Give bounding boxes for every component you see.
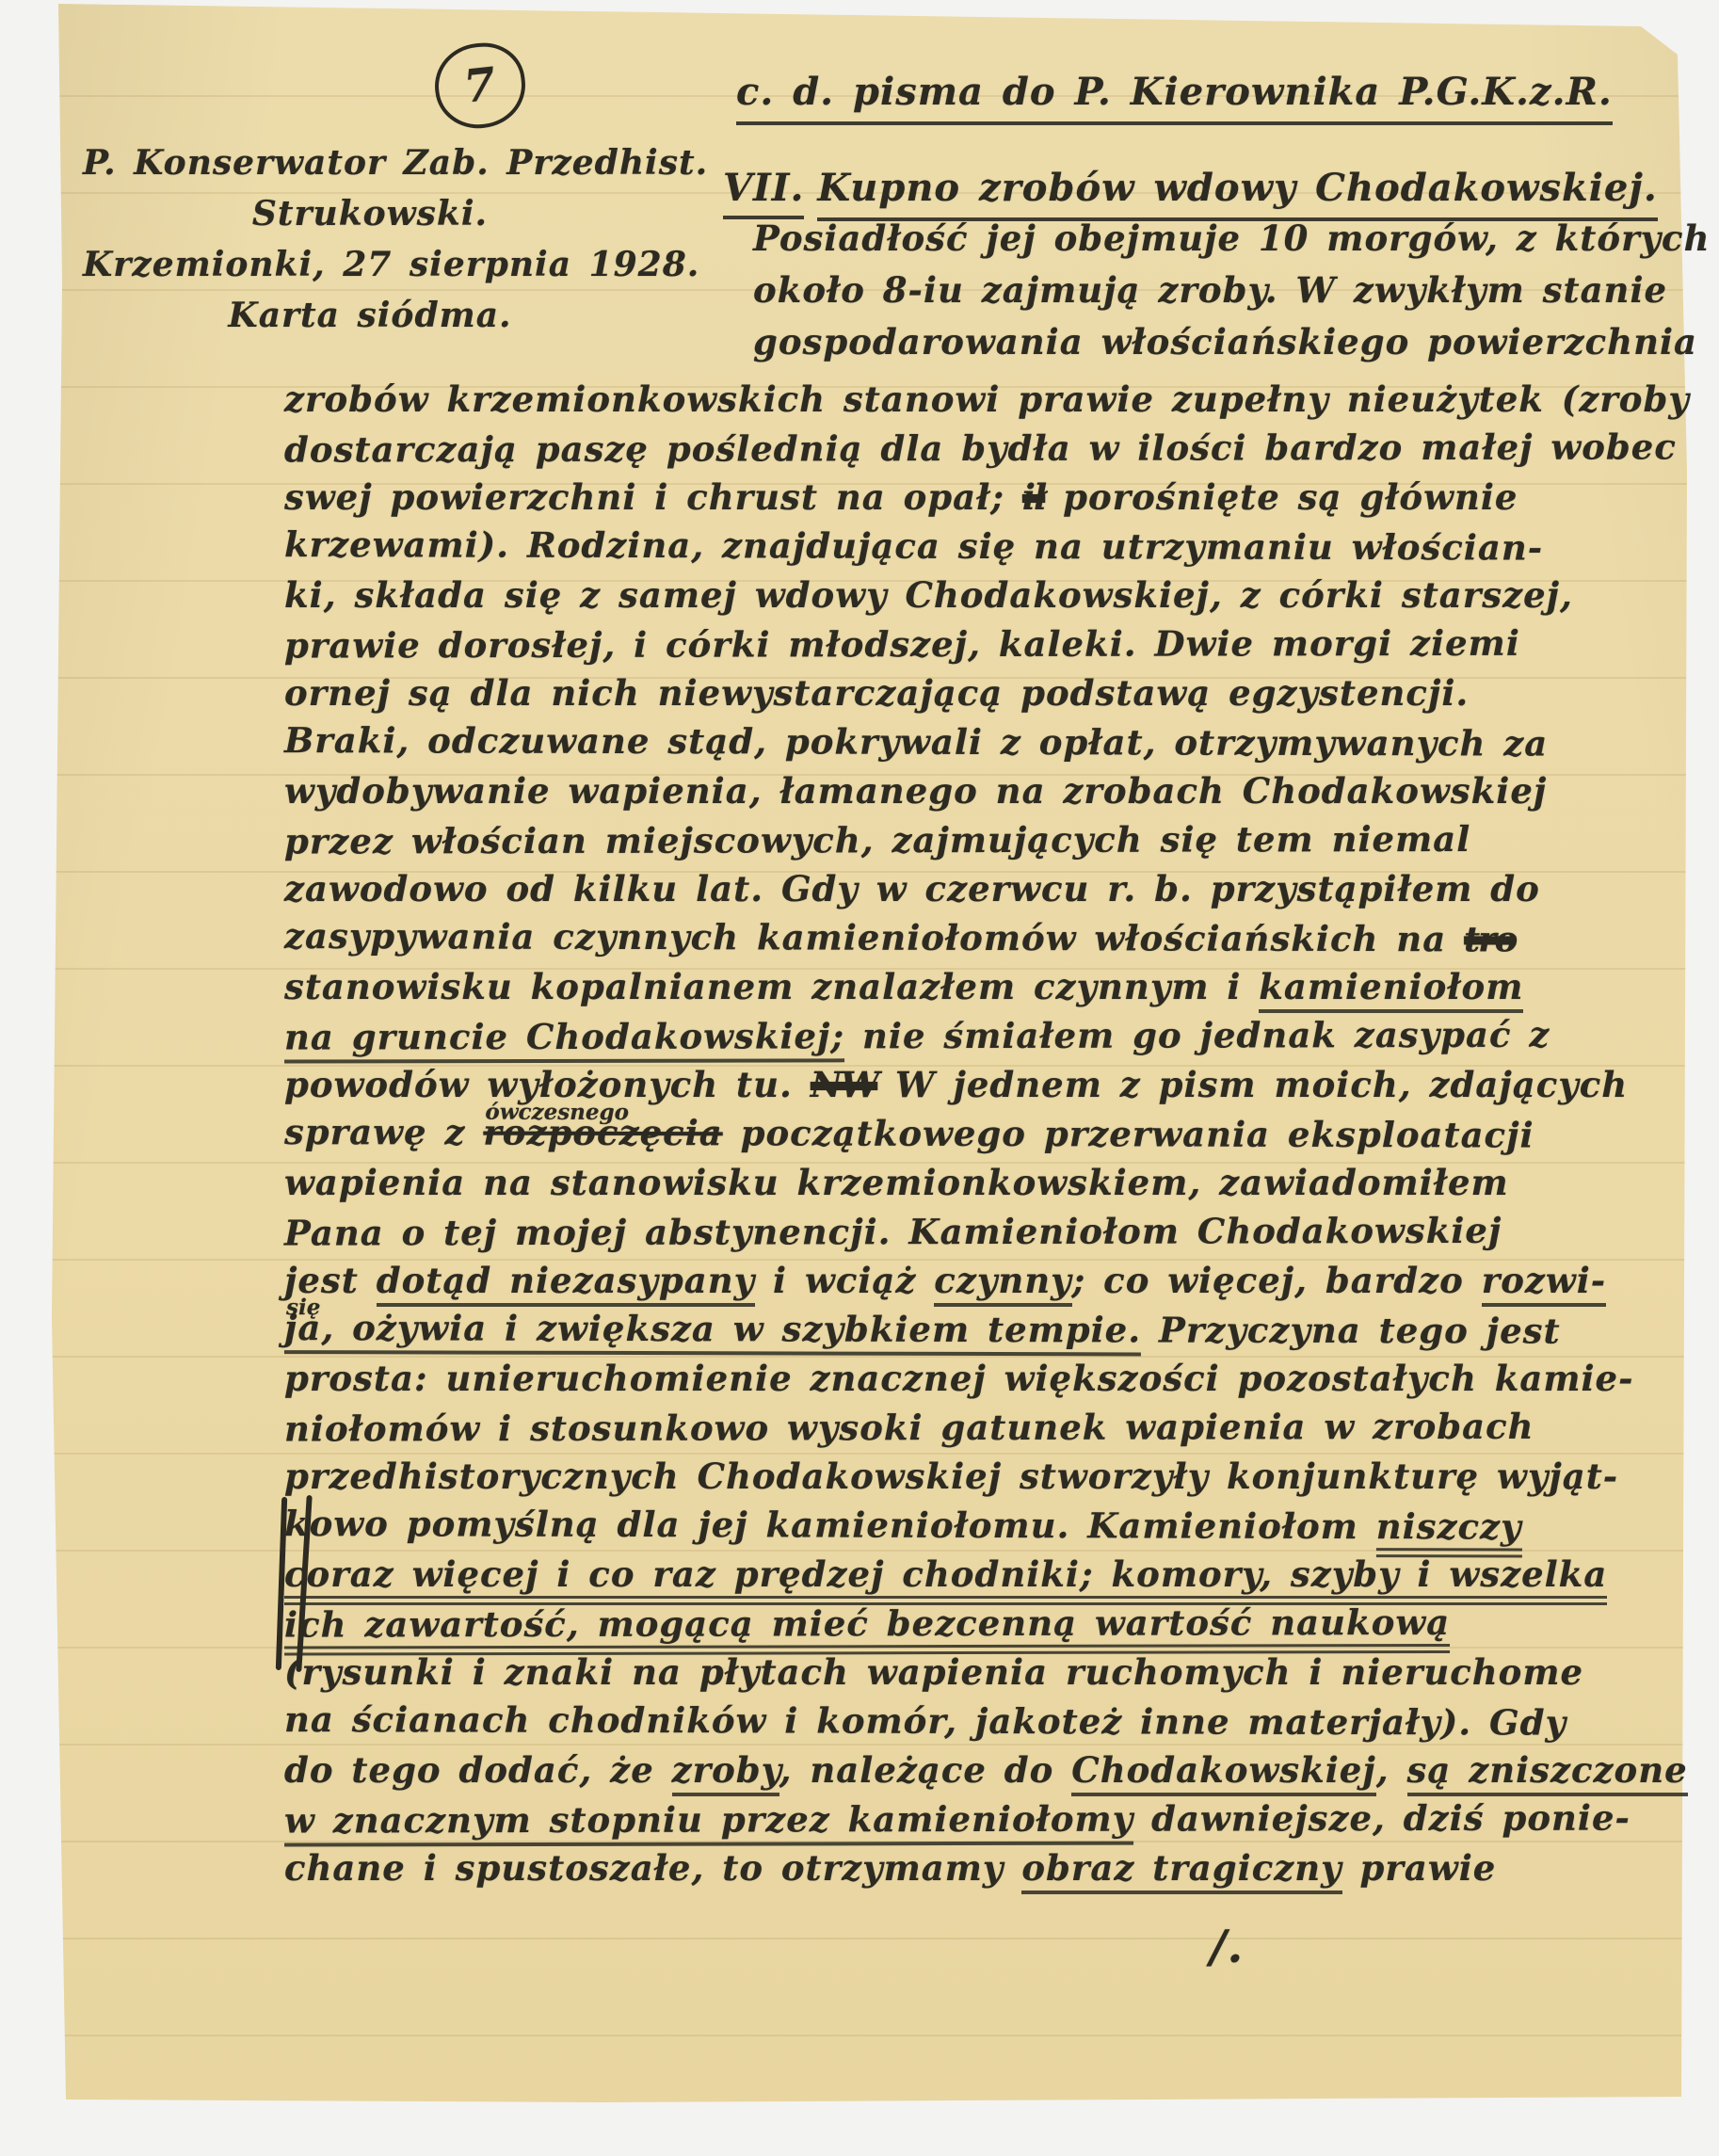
handwritten-line: zrobów krzemionkowskich stanowi prawie z… bbox=[284, 375, 1678, 424]
handwritten-line: ornej są dla nich niewystarczającą podst… bbox=[284, 668, 1678, 717]
section-numeral: VII. bbox=[723, 166, 804, 219]
body-lines: zrobów krzemionkowskich stanowi prawie z… bbox=[284, 375, 1678, 1892]
handwritten-line: krzewami). Rodzina, znajdująca się na ut… bbox=[284, 520, 1678, 572]
handwritten-line: zasypywania czynnych kamieniołomów włośc… bbox=[284, 911, 1678, 964]
end-mark: /. bbox=[1210, 1921, 1244, 1973]
handwritten-line: ki, składa się z samej wdowy Chodakowski… bbox=[284, 571, 1678, 619]
sender-line: Karta siódma. bbox=[83, 290, 657, 341]
handwritten-line: kowo pomyślną dla jej kamieniołomu. Kami… bbox=[284, 1499, 1678, 1552]
intro-paragraph: Posiadłość jej obejmuje 10 morgów, z któ… bbox=[753, 213, 1711, 368]
handwritten-line: w znacznym stopniu przez kamieniołomy da… bbox=[284, 1793, 1678, 1844]
handwritten-line: jest dotąd niezasypany i wciąż czynny; c… bbox=[284, 1256, 1678, 1305]
handwritten-line: sprawę z ówczesnegorozpoczęcia początkow… bbox=[284, 1107, 1678, 1160]
handwritten-line: przez włościan miejscowych, zajmujących … bbox=[284, 813, 1678, 865]
sender-line: Krzemionki, 27 sierpnia 1928. bbox=[83, 239, 657, 290]
handwritten-line: wapienia na stanowisku krzemionkowskiem,… bbox=[284, 1158, 1678, 1207]
handwritten-line: niołomów i stosunkowo wysoki gatunek wap… bbox=[284, 1401, 1678, 1453]
continuation-header-text: c. d. pisma do P. Kierownika P.G.K.z.R. bbox=[736, 70, 1613, 125]
handwritten-line: gospodarowania włościańskiego powierzchn… bbox=[753, 316, 1711, 368]
handwritten-line: Pana o tej mojej abstynencji. Kamienioło… bbox=[284, 1205, 1678, 1257]
handwritten-line: wydobywanie wapienia, łamanego na zrobac… bbox=[284, 766, 1678, 815]
handwritten-line: zawodowo od kilku lat. Gdy w czerwcu r. … bbox=[284, 864, 1678, 913]
section-heading: VII.Kupno zrobów wdowy Chodakowskiej. bbox=[723, 166, 1658, 210]
handwritten-line: chane i spustoszałe, to otrzymamy obraz … bbox=[284, 1843, 1678, 1892]
handwritten-line: stanowisku kopalnianem znalazłem czynnym… bbox=[284, 962, 1678, 1011]
handwritten-line: prosta: unieruchomienie znacznej większo… bbox=[284, 1354, 1678, 1403]
handwritten-line: przedhistorycznych Chodakowskiej stworzy… bbox=[284, 1452, 1678, 1501]
handwritten-line: na gruncie Chodakowskiej; nie śmiałem go… bbox=[284, 1009, 1678, 1061]
sender-line: Strukowski. bbox=[83, 188, 657, 239]
handwritten-line: Posiadłość jej obejmuje 10 morgów, z któ… bbox=[753, 213, 1711, 265]
handwritten-line: prawie dorosłej, i córki młodszej, kalek… bbox=[284, 618, 1678, 669]
page-number: 7 bbox=[461, 57, 499, 113]
handwritten-line: ich zawartość, mogącą mieć bezcenną wart… bbox=[284, 1597, 1678, 1649]
sender-block: P. Konserwator Zab. Przedhist.Strukowski… bbox=[83, 137, 657, 341]
handwritten-line: do tego dodać, że zroby, należące do Cho… bbox=[284, 1746, 1678, 1794]
continuation-header: c. d. pisma do P. Kierownika P.G.K.z.R. bbox=[736, 70, 1613, 114]
sender-line: P. Konserwator Zab. Przedhist. bbox=[83, 137, 657, 188]
handwritten-line: Braki, odczuwane stąd, pokrywali z opłat… bbox=[284, 716, 1678, 768]
handwritten-line: około 8-iu zajmują zroby. W zwykłym stan… bbox=[753, 265, 1711, 316]
handwritten-line: swej powierzchni i chrust na opał; ił po… bbox=[284, 473, 1678, 522]
handwritten-line: dostarczają paszę poślednią dla bydła w … bbox=[284, 422, 1678, 474]
handwritten-line: sięja, ożywia i zwiększa w szybkiem temp… bbox=[284, 1303, 1678, 1356]
handwritten-line: na ścianach chodników i komór, jakoteż i… bbox=[284, 1695, 1678, 1747]
